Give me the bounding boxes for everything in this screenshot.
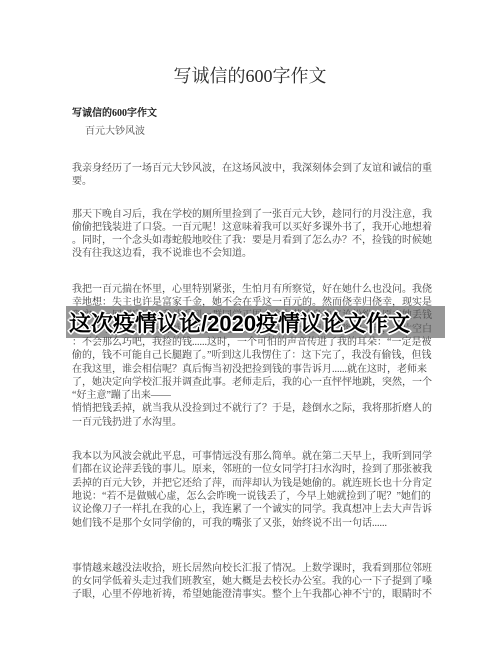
document-page: 写诚信的600字作文 写诚信的600字作文 百元大钞风波 我亲身经历了一场百元大… [0,0,500,647]
body-paragraph: 我亲身经历了一场百元大钞风波，在这场风波中，我深刻体会到了友谊和诚信的重要。 [72,162,433,189]
body-paragraph: 那天下晚自习后，我在学校的厕所里捡到了一张百元大钞，趁同行的月没注意，我偷偷把钱… [72,208,433,261]
watermark-title: 这次疫情议论/2020疫情议论文作文 [66,307,410,338]
body-paragraph: 我把一百元揣在怀里，心里特别紧张，生怕月有所察觉，好在她什么也没问。我侥幸地想：… [72,283,433,429]
body-paragraph: 事情越来越没法收拾，班长居然向校长汇报了情况。上数学课时，我看到那位邻班的女同学… [72,562,433,602]
page-title: 写诚信的600字作文 [0,0,500,88]
body-paragraph: 我本以为风波会就此平息，可事情远没有那么简单。就在第二天早上，我听到同学们都在议… [72,450,433,530]
section-subheading: 百元大钞风波 [85,122,500,137]
watermark-band: 这次疫情议论/2020疫情议论文作文 [66,306,445,338]
section-heading: 写诚信的600字作文 [72,104,500,119]
essay-body: 我亲身经历了一场百元大钞风波，在这场风波中，我深刻体会到了友谊和诚信的重要。那天… [72,162,433,602]
